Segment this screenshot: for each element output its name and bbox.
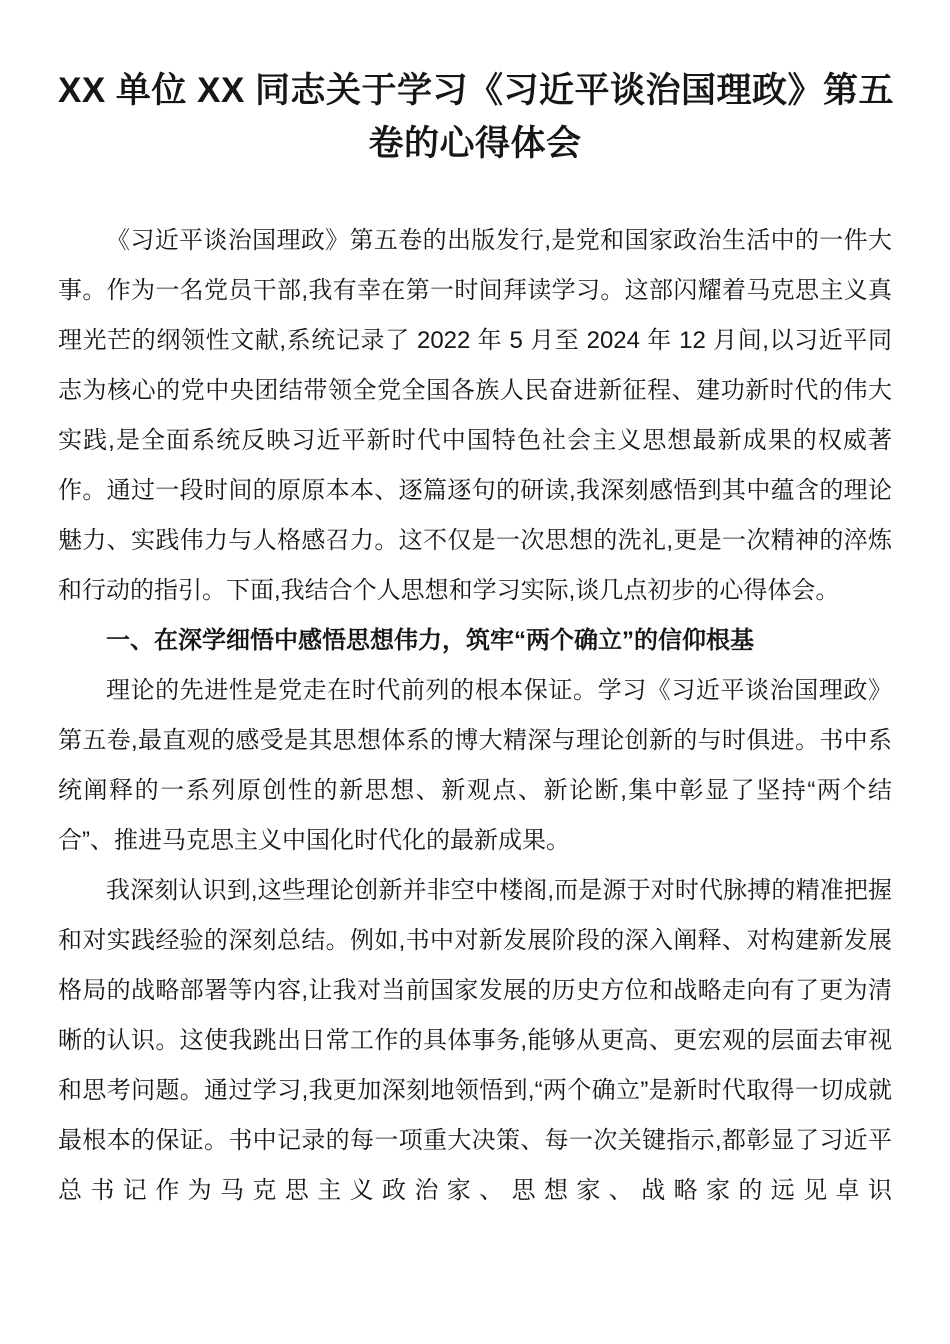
document-title-line-1: XX 单位 XX 同志关于学习《习近平谈治国理政》第五 [58, 64, 892, 117]
document-title: XX 单位 XX 同志关于学习《习近平谈治国理政》第五 卷的心得体会 [58, 64, 892, 170]
document-page: XX 单位 XX 同志关于学习《习近平谈治国理政》第五 卷的心得体会 《习近平谈… [0, 0, 950, 1344]
section-heading-1: 一、在深学细悟中感悟思想伟力，筑牢“两个确立”的信仰根基 [58, 616, 892, 666]
paragraph-theory: 理论的先进性是党走在时代前列的根本保证。学习《习近平谈治国理政》第五卷,最直观的… [58, 666, 892, 866]
paragraph-intro: 《习近平谈治国理政》第五卷的出版发行,是党和国家政治生活中的一件大事。作为一名党… [58, 216, 892, 616]
paragraph-understanding: 我深刻认识到,这些理论创新并非空中楼阁,而是源于对时代脉搏的精准把握和对实践经验… [58, 866, 892, 1216]
document-title-line-2: 卷的心得体会 [58, 117, 892, 170]
